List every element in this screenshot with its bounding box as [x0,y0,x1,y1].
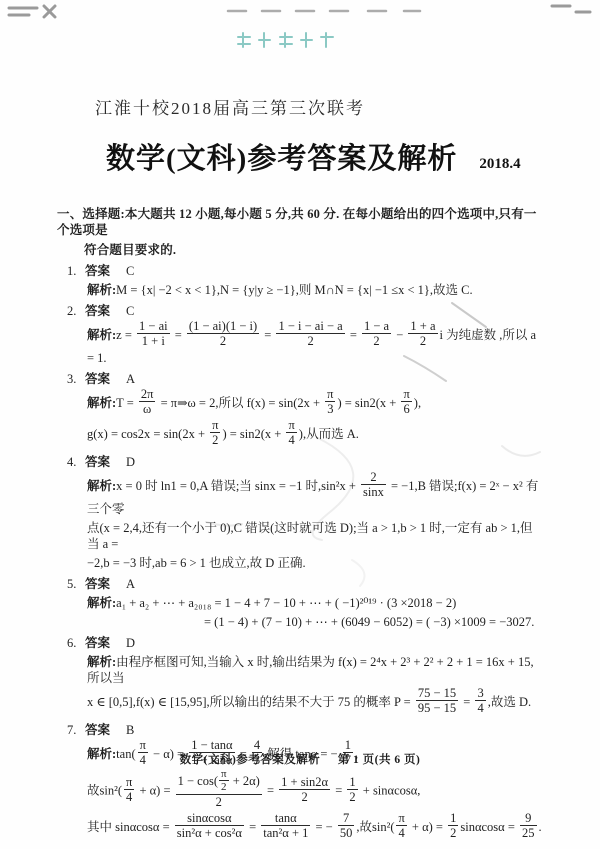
fraction: π4 [286,419,296,447]
document-body: 一、选择题:本大题共 12 小题,每小题 5 分,共 60 分. 在每小题给出的… [57,206,545,845]
answer-choice: A [126,577,135,591]
solution-line: 其中 sinαcosα = sinαcosαsin²α + cos²α = ta… [87,814,545,842]
fraction: 925 [520,812,537,840]
fraction: 1 + a2 [408,320,437,348]
intro-line-1: 一、选择题:本大题共 12 小题,每小题 5 分,共 60 分. 在每小题给出的… [57,206,545,238]
footer-page-number: 第 1 页(共 6 页) [338,754,421,766]
fraction: π2 [210,419,220,447]
exam-name-line: 江淮十校2018届高三第三次联考 [95,94,365,119]
fraction: 750 [338,812,355,840]
answer-choice: B [126,723,134,737]
question-number: 5. [67,577,83,592]
answer-head: 6.答案D [67,636,545,651]
section-intro: 一、选择题:本大题共 12 小题,每小题 5 分,共 60 分. 在每小题给出的… [57,206,545,258]
fraction: 2πω [139,388,156,416]
document-page: 江淮十校2018届高三第三次联考 数学(文科)参考答案及解析 2018.4 一、… [0,0,600,849]
question-number: 1. [67,264,83,279]
fraction: π2 [219,769,229,793]
question-number: 2. [67,304,83,319]
title-date: 2018.4 [479,156,520,173]
title-row: 数学(文科)参考答案及解析 2018.4 [106,136,521,177]
answer-label: 答案 [85,455,110,469]
question-number: 7. [67,723,83,738]
fraction: 12 [448,812,458,840]
solution-line: 解析:a₁ + a₂ + ⋯ + a₂₀₁₈ = 1 − 4 + 7 − 10 … [87,595,545,611]
fraction: tanαtan²α + 1 [261,812,310,840]
solution-line: x ∈ [0,5],f(x) ∈ [15,95],所以输出的结果不大于 75 的… [87,689,545,717]
question-number: 6. [67,636,83,651]
solution-line: 点(x = 2,4,还有一个小于 0),C 错误(这时就可选 D);当 a > … [87,520,545,552]
answer-label: 答案 [85,577,110,591]
answer-head: 5.答案A [67,577,545,592]
fraction: sinαcosαsin²α + cos²α [175,812,244,840]
answer-choice: D [126,636,135,650]
answer-choice: D [126,455,135,469]
fraction: 1 − cos(π2 + 2α)2 [176,770,262,809]
answer-choice: A [126,372,135,386]
solution-line: = (1 − 4) + (7 − 10) + ⋯ + (6049 − 6052)… [204,614,545,630]
solution-line: 解析:M = {x| −2 < x < 1},N = {y|y ≥ −1},则 … [87,282,545,298]
answer-item: 6.答案D解析:由程序框图可知,当输入 x 时,输出结果为 f(x) = 2⁴x… [57,636,545,717]
answer-label: 答案 [85,264,110,278]
answer-head: 2.答案C [67,304,545,319]
fraction: 1 + sin2α2 [279,776,330,804]
fraction: 1 − a2 [362,320,391,348]
question-number: 3. [67,372,83,387]
answer-label: 答案 [85,636,110,650]
fraction: 1 − i − ai − a2 [276,320,344,348]
fraction: 75 − 1595 − 15 [416,687,458,715]
solution-line: g(x) = cos2x = sin(2x + π2) = sin2(x + π… [87,421,545,449]
answer-item: 5.答案A解析:a₁ + a₂ + ⋯ + a₂₀₁₈ = 1 − 4 + 7 … [57,577,545,630]
answer-item: 4.答案D解析:x = 0 时 ln1 = 0,A 错误;当 sinx = −1… [57,455,545,571]
teal-stamp-marks [238,33,333,47]
corner-marks [9,6,590,17]
page-footer: 数学(文科)参考答案及解析 第 1 页(共 6 页) [0,751,600,767]
solution-line: 故sin²(π4 + α) = 1 − cos(π2 + 2α)2 = 1 + … [87,772,545,811]
answer-head: 4.答案D [67,455,545,470]
fraction: 12 [347,776,357,804]
fraction: 1 − ai1 + i [137,320,170,348]
answer-head: 7.答案B [67,723,545,738]
answer-label: 答案 [85,723,110,737]
answer-label: 答案 [85,372,110,386]
footer-title: 数学(文科)参考答案及解析 [180,754,321,766]
page-title: 数学(文科)参考答案及解析 [106,136,457,177]
answer-choice: C [126,264,134,278]
fraction: π4 [124,776,134,804]
answer-item: 2.答案C解析:z = 1 − ai1 + i = (1 − ai)(1 − i… [57,304,545,366]
answer-item: 7.答案B解析:tan(π4 − α) = 1 − tanα1 + tanα =… [57,723,545,842]
fraction: 2sinx [361,471,386,499]
fraction: π4 [396,812,406,840]
answer-label: 答案 [85,304,110,318]
solution-line: −2,b = −3 时,ab = 6 > 1 也成立,故 D 正确. [87,555,545,571]
fraction: 34 [475,687,485,715]
fraction: π3 [325,388,335,416]
answer-head: 3.答案A [67,372,545,387]
solution-line: 解析:z = 1 − ai1 + i = (1 − ai)(1 − i)2 = … [87,322,545,366]
solution-line: 解析:T = 2πω = π⇒ω = 2,所以 f(x) = sin(2x + … [87,390,545,418]
answer-item: 1.答案C解析:M = {x| −2 < x < 1},N = {y|y ≥ −… [57,264,545,298]
answer-head: 1.答案C [67,264,545,279]
fraction: π6 [401,388,411,416]
question-number: 4. [67,455,83,470]
solution-line: 解析:由程序框图可知,当输入 x 时,输出结果为 f(x) = 2⁴x + 2³… [87,654,545,686]
answer-choice: C [126,304,134,318]
intro-line-2: 符合题目要求的. [84,242,545,258]
answer-item: 3.答案A解析:T = 2πω = π⇒ω = 2,所以 f(x) = sin(… [57,372,545,449]
solution-line: 解析:x = 0 时 ln1 = 0,A 错误;当 sinx = −1 时,si… [87,473,545,517]
fraction: (1 − ai)(1 − i)2 [187,320,259,348]
